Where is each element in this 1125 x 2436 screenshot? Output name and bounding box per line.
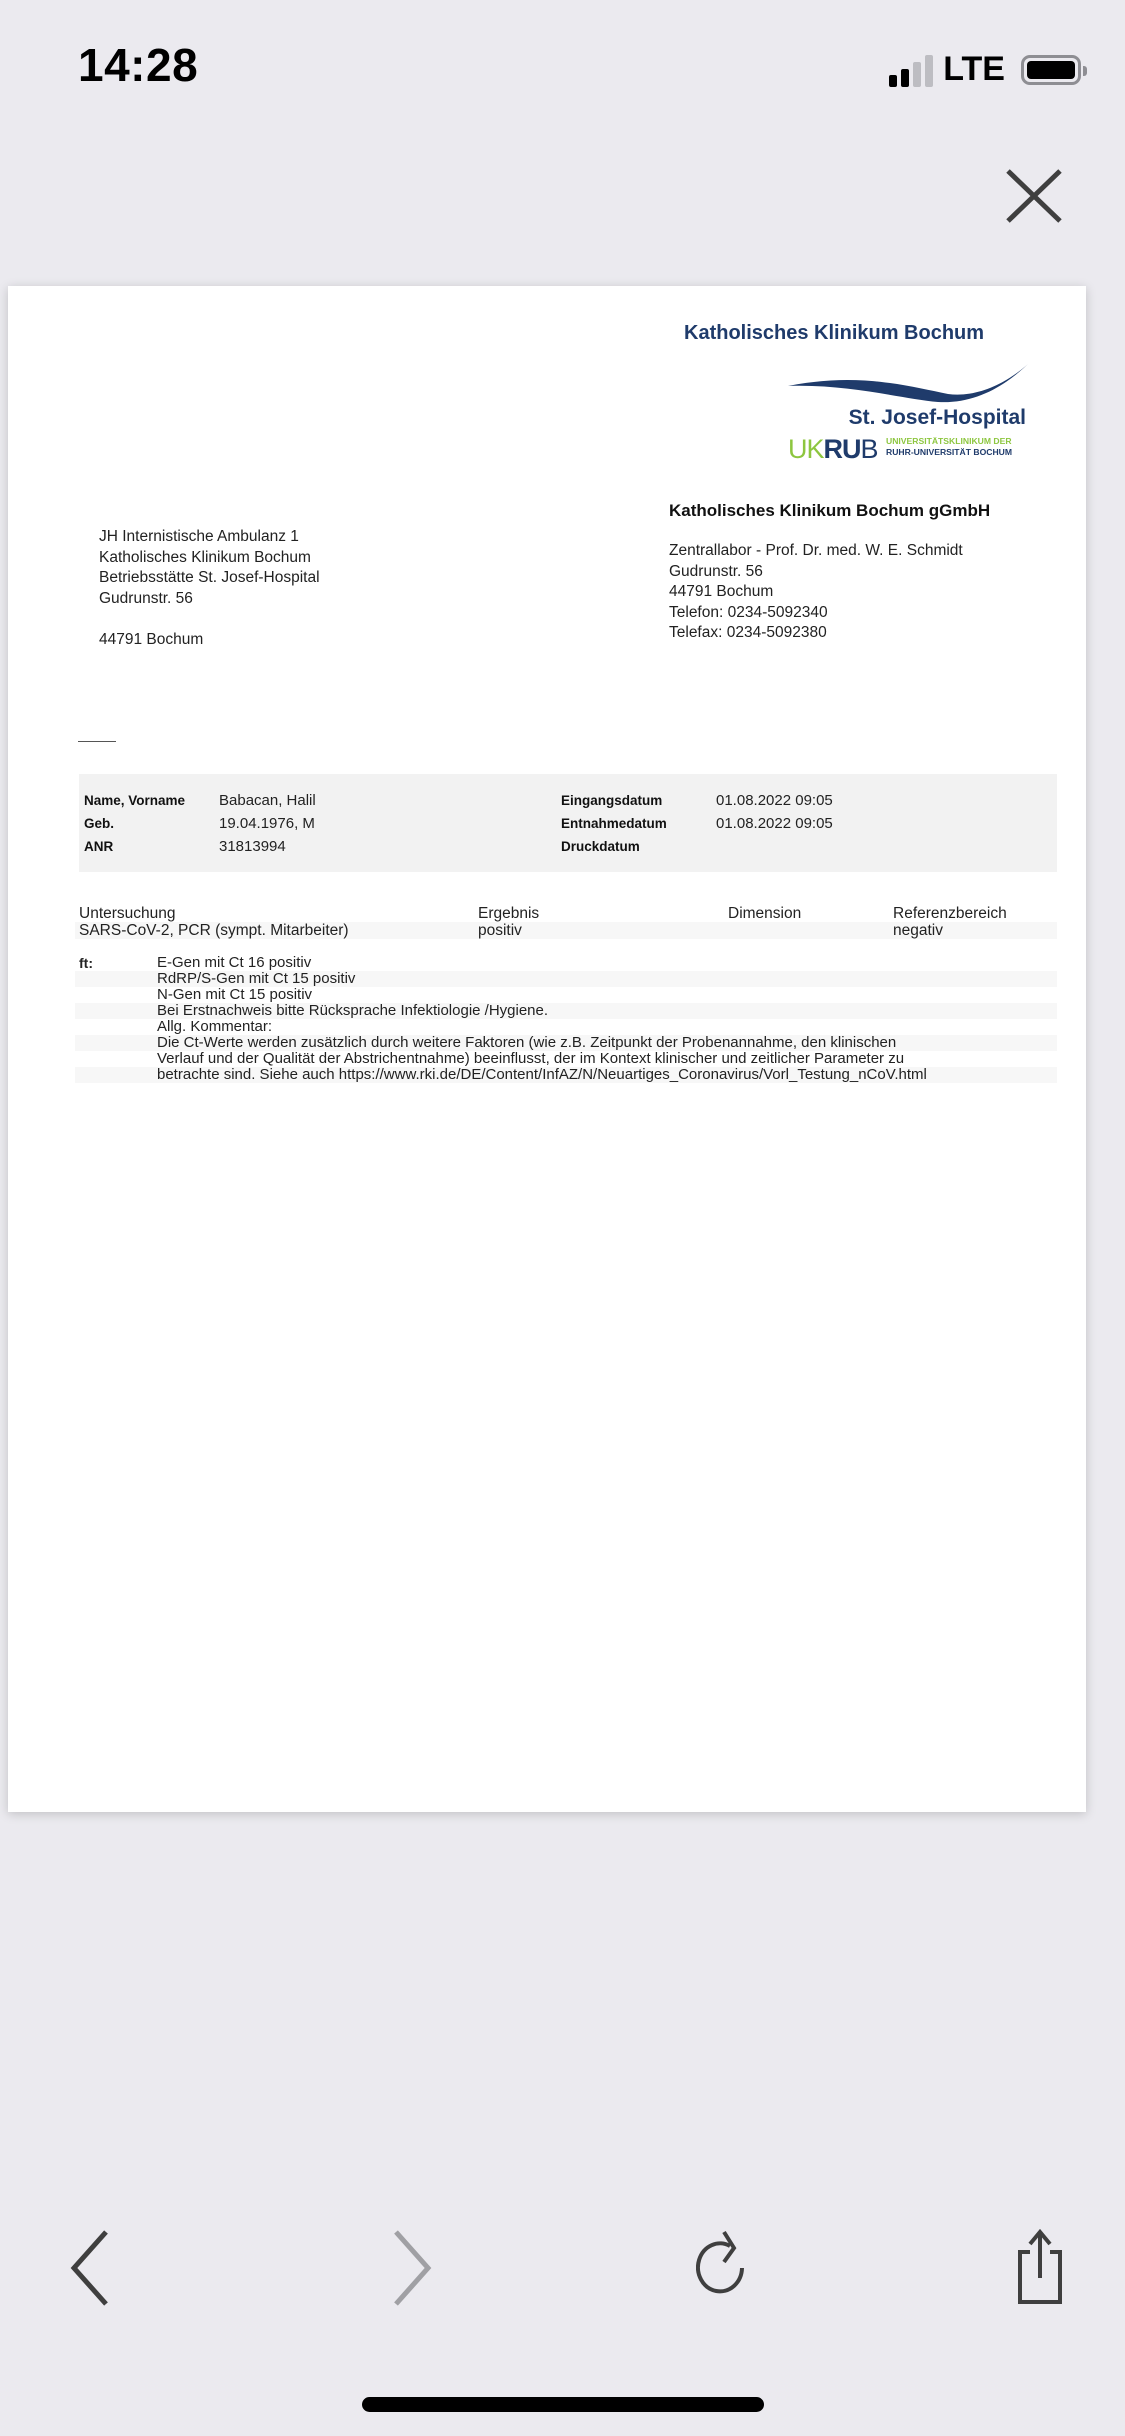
logo-wave-icon — [668, 342, 1038, 412]
hospital-logo: Katholisches Klinikum Bochum St. Josef-H… — [668, 322, 1038, 462]
status-indicators: LTE — [889, 50, 1081, 89]
reload-button[interactable] — [696, 2228, 756, 2308]
results-table: Untersuchung Ergebnis Dimension Referenz… — [75, 905, 1057, 1083]
patient-info: Name, VornameBabacan, Halil Geb.19.04.19… — [79, 774, 1057, 872]
status-time: 14:28 — [78, 38, 198, 92]
close-button[interactable] — [1000, 165, 1068, 227]
ukrub-logo: UKRUB — [788, 434, 878, 465]
network-type: LTE — [943, 50, 1005, 89]
chevron-left-icon — [62, 2228, 122, 2308]
receipt-date: 01.08.2022 09:05 — [716, 789, 833, 812]
share-icon — [1010, 2228, 1070, 2308]
battery-full-icon — [1021, 55, 1081, 85]
sender-block: Katholisches Klinikum Bochum gGmbH Zentr… — [669, 501, 990, 644]
home-indicator[interactable] — [362, 2397, 764, 2412]
table-row: SARS-CoV-2, PCR (sympt. Mitarbeiter) pos… — [75, 922, 1057, 939]
patient-dob: 19.04.1976, M — [219, 812, 315, 835]
footnotes: ft:E-Gen mit Ct 16 positiv RdRP/S-Gen mi… — [75, 955, 1057, 1083]
sender-name: Katholisches Klinikum Bochum gGmbH — [669, 501, 990, 521]
back-button[interactable] — [62, 2228, 122, 2308]
signal-icon — [889, 53, 933, 87]
recipient-address: JH Internistische Ambulanz 1 Katholische… — [99, 527, 320, 650]
chevron-right-icon — [380, 2228, 440, 2308]
forward-button[interactable] — [380, 2228, 440, 2308]
document-page: Katholisches Klinikum Bochum St. Josef-H… — [8, 286, 1086, 1812]
logo-hospital: St. Josef-Hospital — [849, 406, 1026, 430]
patient-anr: 31813994 — [219, 835, 286, 858]
close-icon — [1000, 165, 1068, 227]
divider — [78, 741, 116, 742]
sample-date: 01.08.2022 09:05 — [716, 812, 833, 835]
table-header: Untersuchung Ergebnis Dimension Referenz… — [75, 905, 1057, 922]
sender-address: Zentrallabor - Prof. Dr. med. W. E. Schm… — [669, 541, 990, 644]
share-button[interactable] — [1010, 2228, 1070, 2308]
ukrub-subtitle: UNIVERSITÄTSKLINIKUM DER RUHR-UNIVERSITÄ… — [886, 436, 1012, 458]
reload-icon — [696, 2228, 756, 2308]
patient-name: Babacan, Halil — [219, 789, 316, 812]
